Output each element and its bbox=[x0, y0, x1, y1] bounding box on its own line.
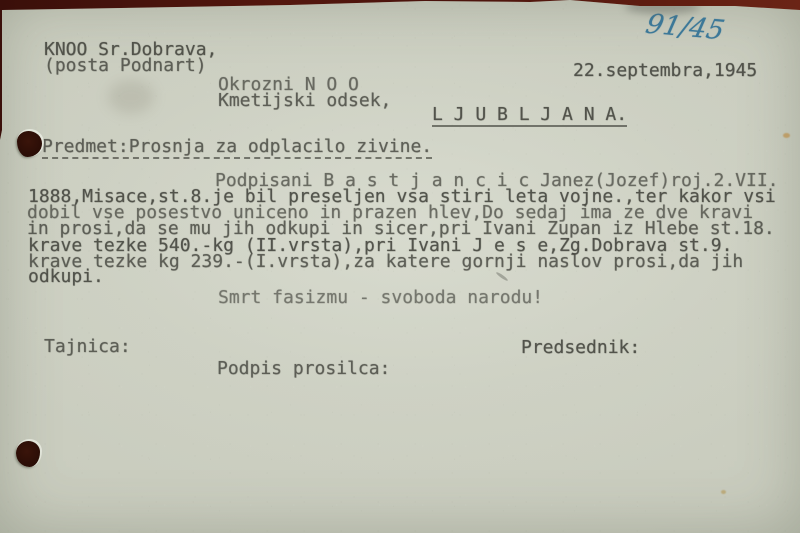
signature-president: Predsednik: bbox=[521, 339, 640, 357]
paper-stain bbox=[108, 80, 154, 114]
stray-mark bbox=[495, 271, 508, 281]
date-line: 22.septembra,1945 bbox=[573, 62, 757, 80]
punch-hole-bottom bbox=[16, 441, 40, 467]
sender-line-2: (posta Podnart) bbox=[44, 57, 207, 75]
subject-line: Predmet:Prosnja za odplacilo zivine. bbox=[42, 138, 432, 159]
paper-speck bbox=[721, 490, 726, 494]
signature-applicant: Podpis prosilca: bbox=[217, 360, 390, 378]
top-edge-smudge bbox=[625, 0, 700, 14]
city-line: L J U B L J A N A. bbox=[432, 106, 627, 127]
slogan-line: Smrt fasizmu - svoboda narodu! bbox=[218, 289, 543, 307]
signature-secretary: Tajnica: bbox=[44, 338, 131, 356]
document-paper: KNOO Sr.Dobrava, (posta Podnart) Okrozni… bbox=[0, 0, 800, 533]
body-line-6: krave tezke kg 239.-(I.vrsta),za katere … bbox=[28, 253, 743, 271]
photo-of-document: KNOO Sr.Dobrava, (posta Podnart) Okrozni… bbox=[0, 0, 800, 533]
handwritten-ref-number: 91/45 bbox=[643, 10, 749, 48]
body-line-7: odkupi. bbox=[28, 268, 104, 286]
paper-speck bbox=[783, 133, 790, 138]
recipient-line-2: Kmetijski odsek, bbox=[218, 92, 391, 110]
